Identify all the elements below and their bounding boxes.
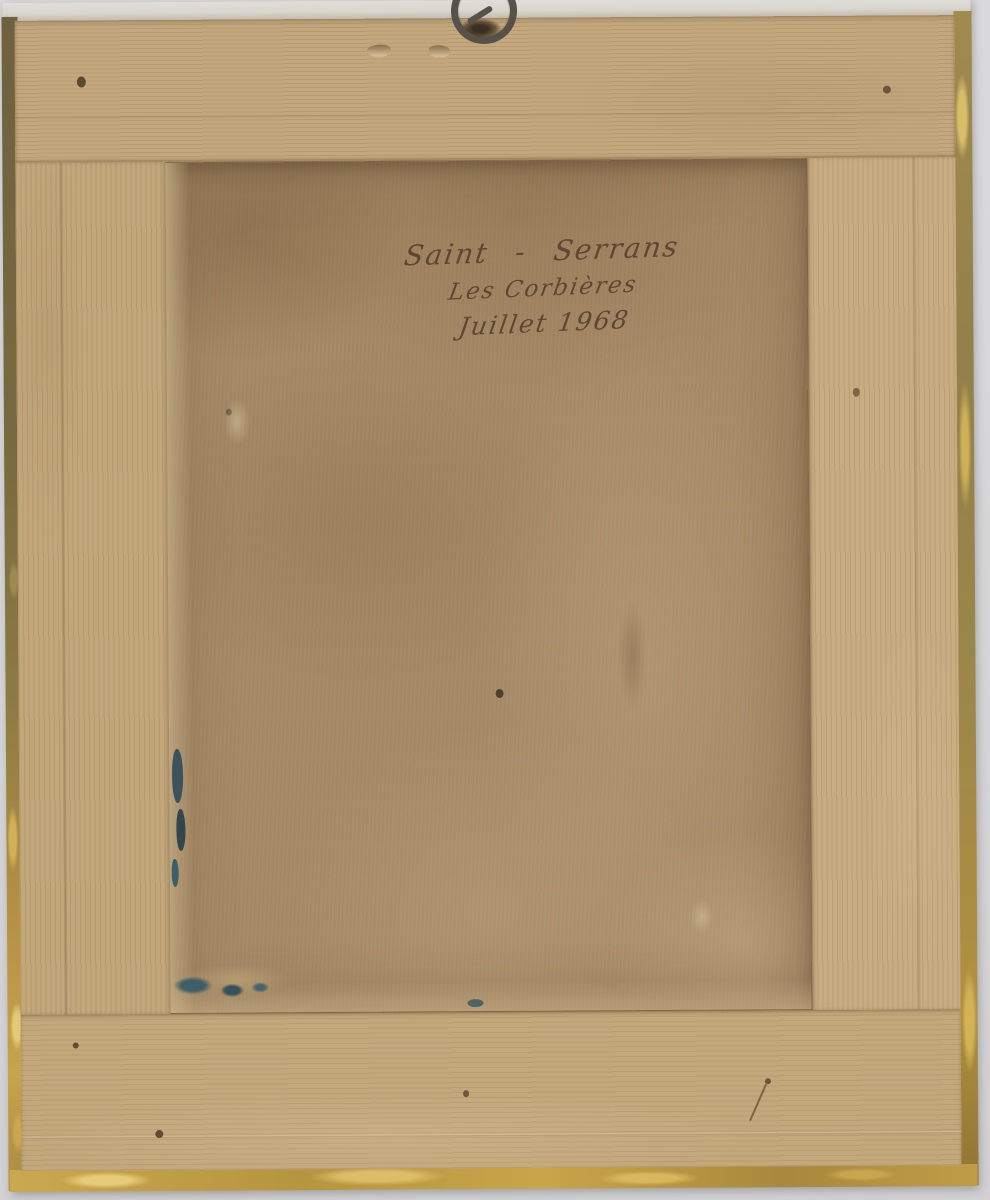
kraft-paper-backing: Saint - Serrans Les Corbières Juillet 19… — [14, 15, 961, 1171]
stain-speck — [463, 1090, 469, 1097]
stain-speck — [883, 86, 891, 94]
paint-reveal-blue — [172, 859, 179, 887]
stain-speck — [853, 388, 860, 397]
paint-reveal-spot — [467, 999, 483, 1007]
torn-paper-left-edge — [165, 163, 194, 1013]
kraft-band-bottom — [21, 1009, 962, 1171]
light-scuff — [691, 900, 713, 934]
light-scuff — [224, 398, 250, 444]
photo-backdrop: Saint - Serrans Les Corbières Juillet 19… — [0, 0, 990, 1200]
stain-speck — [155, 1130, 163, 1138]
kraft-band-left — [15, 162, 170, 1015]
paint-reveal-blue — [176, 809, 185, 851]
inscription-line-3: Juillet 1968 — [372, 301, 717, 345]
stain-speck — [73, 1043, 79, 1049]
kraft-band-right — [807, 157, 960, 1010]
stain-speck — [77, 76, 86, 87]
inscription-line-1: Saint - Serrans — [370, 229, 714, 274]
stain-speck — [765, 1078, 771, 1084]
panel-smudge — [617, 600, 648, 710]
paint-reveal-blue — [172, 749, 183, 803]
picture-frame-back: Saint - Serrans Les Corbières Juillet 19… — [2, 0, 977, 1191]
stain-speck — [496, 689, 504, 698]
paper-tear — [429, 45, 451, 57]
backing-panel: Saint - Serrans Les Corbières Juillet 19… — [165, 158, 812, 1014]
paint-reveal-bottom-left — [173, 966, 313, 1001]
handwritten-inscription: Saint - Serrans Les Corbières Juillet 19… — [371, 229, 714, 344]
paper-tear — [367, 45, 391, 57]
